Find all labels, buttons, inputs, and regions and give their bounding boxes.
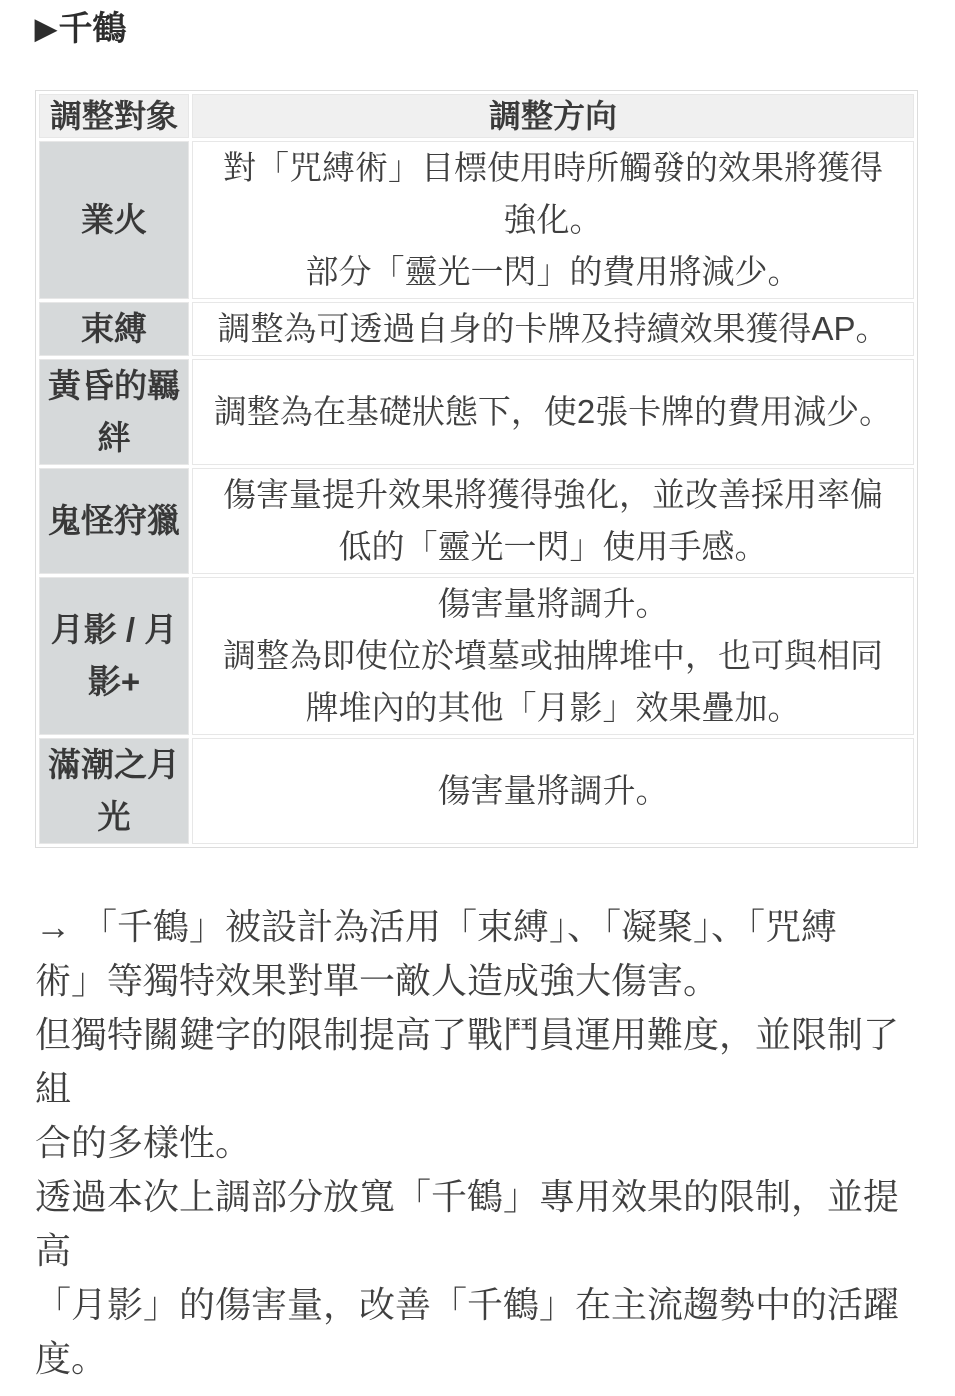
patch-notes-page: ▶千鶴 調整對象 調整方向 業火 對「咒縛術」目標使用時所觸發的效果將獲得 強化… [0, 0, 955, 1396]
adjustment-direction: 調整為可透過自身的卡牌及持續效果獲得AP。 [192, 302, 914, 356]
table-row: 黃昏的羈絆 調整為在基礎狀態下，使2張卡牌的費用減少。 [39, 359, 914, 465]
commentary-paragraph: 但獨特關鍵字的限制提高了戰鬥員運用難度，並限制了組 合的多樣性。 [35, 1008, 918, 1170]
commentary-paragraph: 透過本次上調部分放寬「千鶴」專用效果的限制，並提高 「月影」的傷害量，改善「千鶴… [35, 1170, 918, 1386]
adjustment-direction: 調整為在基礎狀態下，使2張卡牌的費用減少。 [192, 359, 914, 465]
table-row: 業火 對「咒縛術」目標使用時所觸發的效果將獲得 強化。 部分「靈光一閃」的費用將… [39, 141, 914, 299]
table-header-row: 調整對象 調整方向 [39, 94, 914, 138]
triangle-bullet-icon: ▶ [35, 13, 57, 44]
section-title-text: 千鶴 [59, 10, 127, 48]
adjustment-target: 鬼怪狩獵 [39, 468, 189, 574]
table-row: 月影 / 月影+ 傷害量將調升。 調整為即使位於墳墓或抽牌堆中，也可與相同 牌堆… [39, 577, 914, 735]
adjustment-target: 月影 / 月影+ [39, 577, 189, 735]
adjustment-direction: 傷害量將調升。 調整為即使位於墳墓或抽牌堆中，也可與相同 牌堆內的其他「月影」效… [192, 577, 914, 735]
column-header-direction: 調整方向 [192, 94, 914, 138]
adjustment-target: 業火 [39, 141, 189, 299]
table-row: 束縛 調整為可透過自身的卡牌及持續效果獲得AP。 [39, 302, 914, 356]
adjustment-direction: 對「咒縛術」目標使用時所觸發的效果將獲得 強化。 部分「靈光一閃」的費用將減少。 [192, 141, 914, 299]
table-row: 滿潮之月光 傷害量將調升。 [39, 738, 914, 844]
column-header-target: 調整對象 [39, 94, 189, 138]
adjustment-table: 調整對象 調整方向 業火 對「咒縛術」目標使用時所觸發的效果將獲得 強化。 部分… [35, 90, 918, 848]
commentary-paragraph: → 「千鶴」被設計為活用「束縛」、「凝聚」、「咒縛 術」等獨特效果對單一敵人造成… [35, 900, 918, 1008]
adjustment-target: 黃昏的羈絆 [39, 359, 189, 465]
adjustment-target: 束縛 [39, 302, 189, 356]
section-title: ▶千鶴 [35, 8, 920, 50]
designer-commentary: → 「千鶴」被設計為活用「束縛」、「凝聚」、「咒縛 術」等獨特效果對單一敵人造成… [35, 900, 918, 1386]
table-row: 鬼怪狩獵 傷害量提升效果將獲得強化，並改善採用率偏 低的「靈光一閃」使用手感。 [39, 468, 914, 574]
adjustment-direction: 傷害量將調升。 [192, 738, 914, 844]
adjustment-direction: 傷害量提升效果將獲得強化，並改善採用率偏 低的「靈光一閃」使用手感。 [192, 468, 914, 574]
adjustment-target: 滿潮之月光 [39, 738, 189, 844]
